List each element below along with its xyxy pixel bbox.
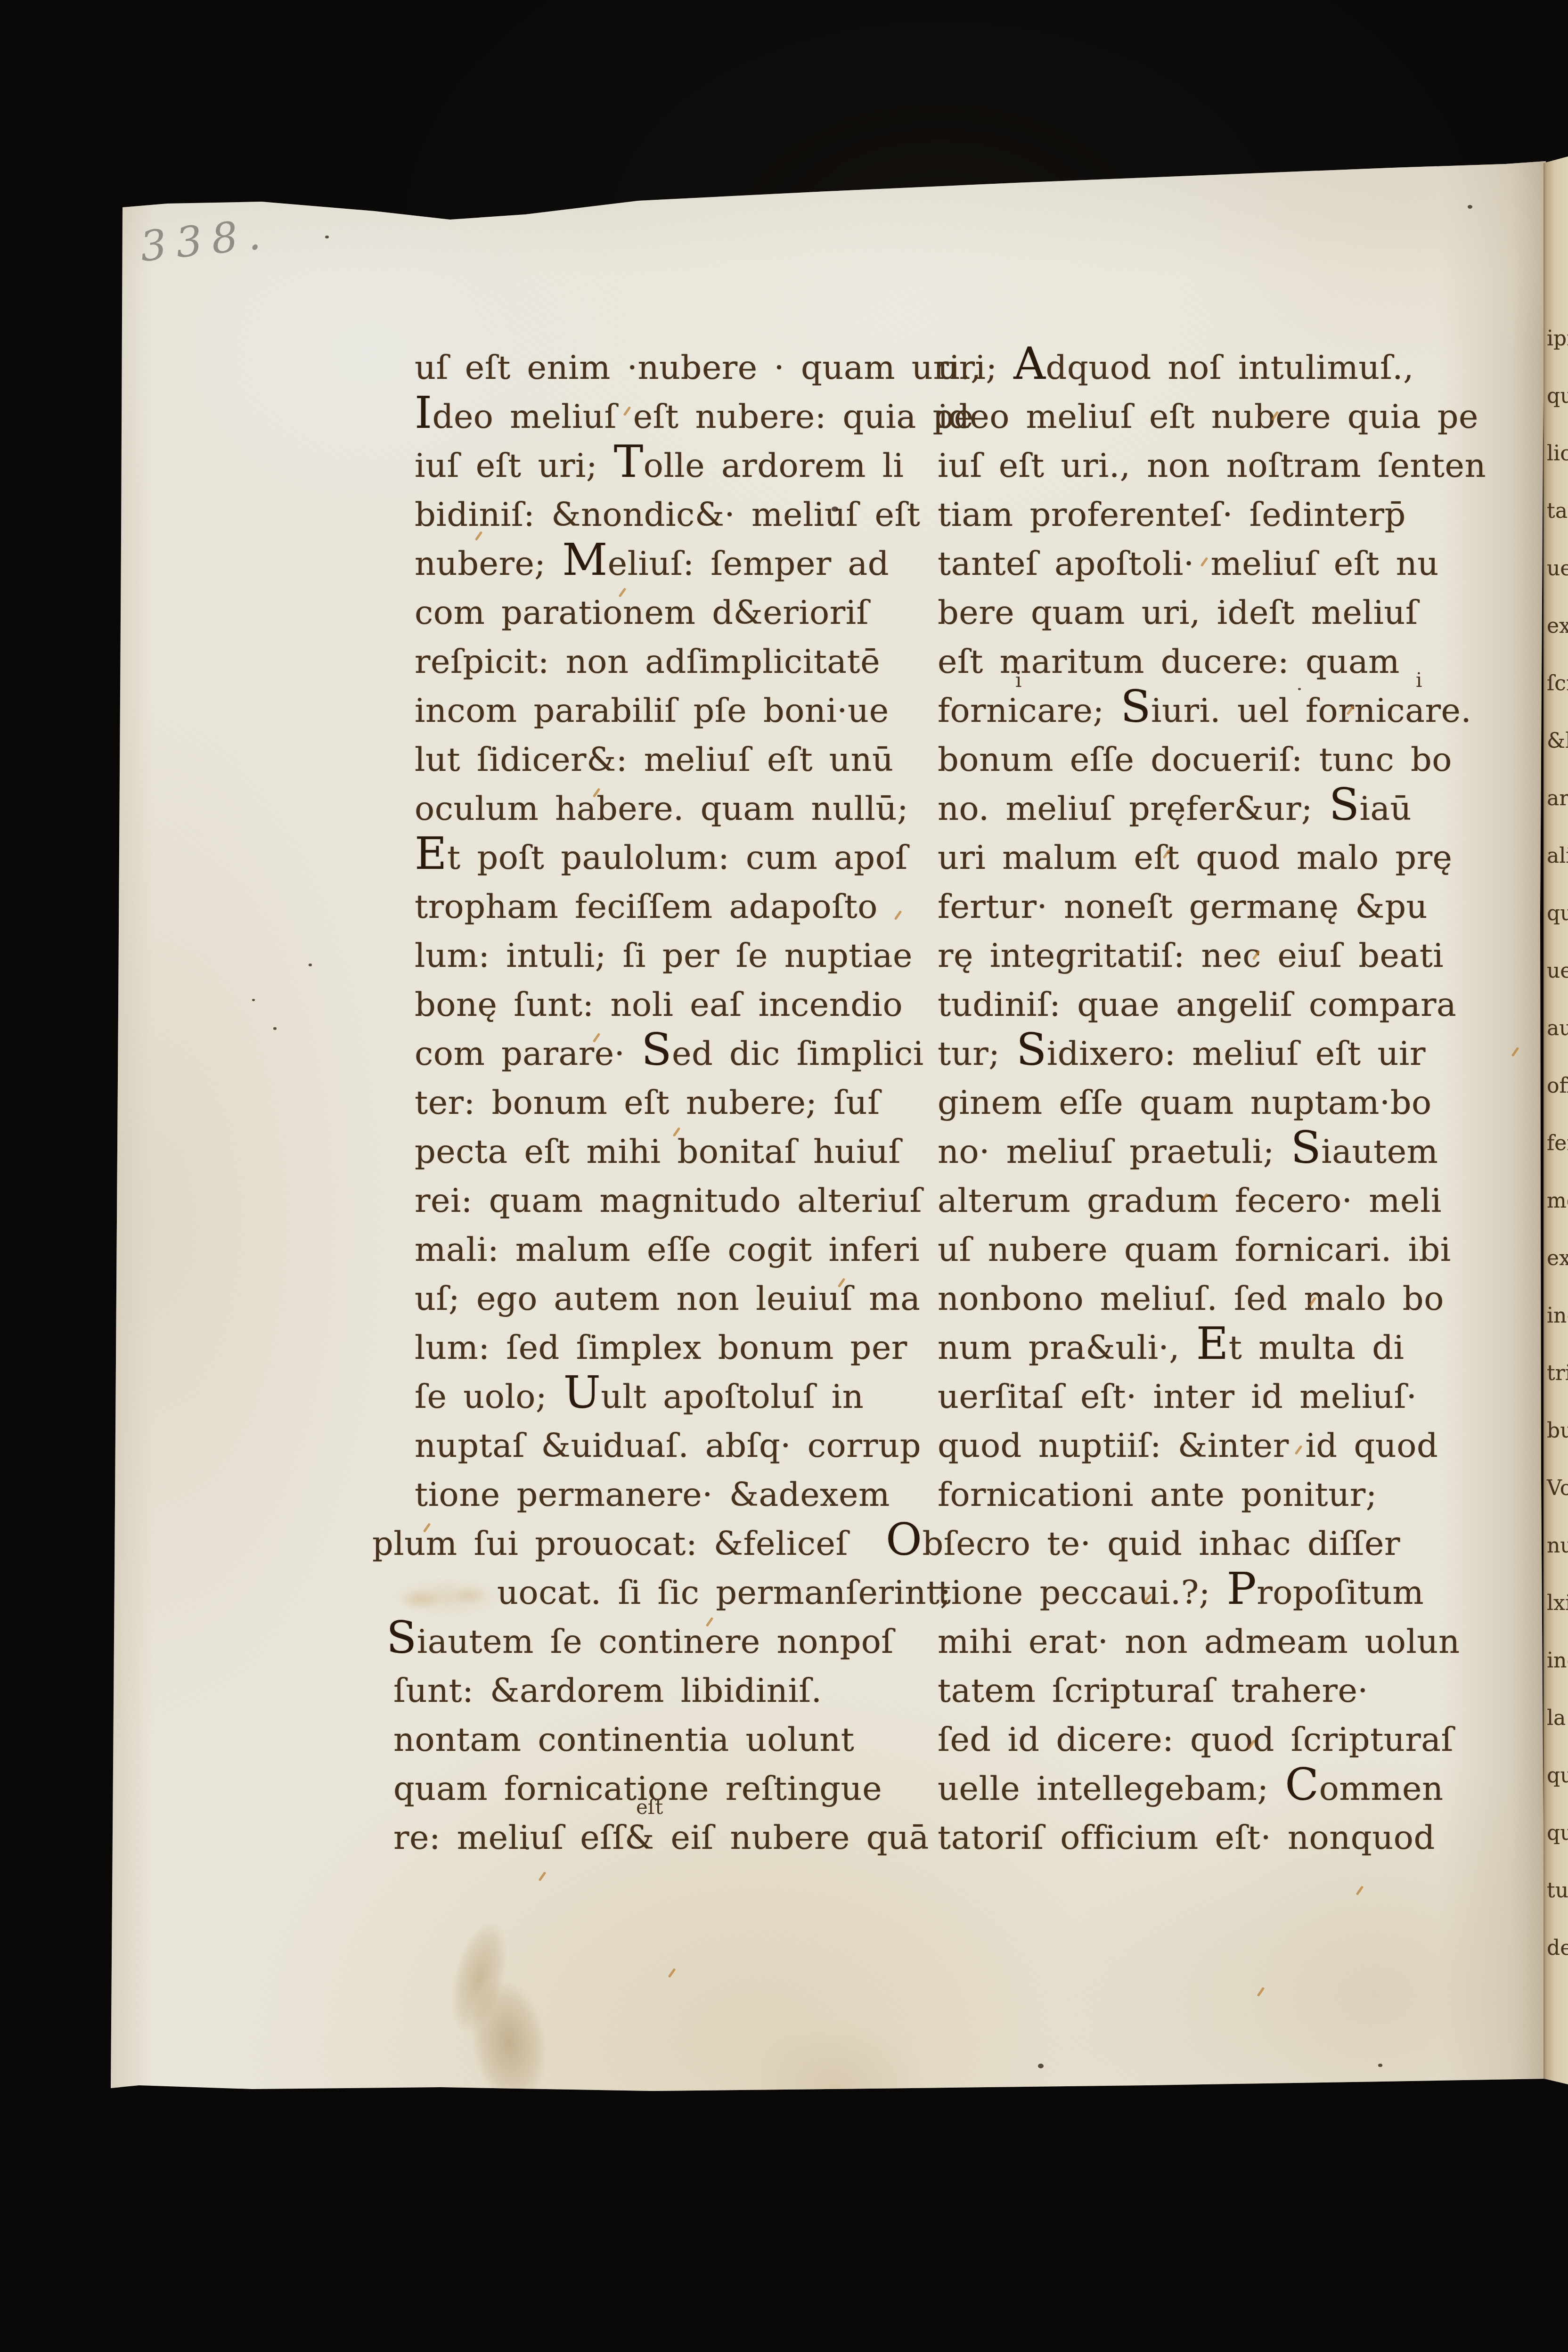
text-line: mihi erat· non admeam uolun <box>938 1625 1460 1658</box>
next-folio-text-fragment: dem <box>1547 1938 1568 1959</box>
text-line: uocat. ſi ſic permanſerint; <box>497 1576 951 1609</box>
next-folio-text-fragment: auc <box>1547 1018 1568 1039</box>
text-line: plum ſui prouocat: &feliceſ <box>372 1527 848 1560</box>
next-folio-text-fragment: bun <box>1547 1421 1568 1441</box>
text-line: fornicare; Siuri. uel fornicare. <box>938 694 1471 727</box>
next-folio-text-fragment: uer <box>1547 558 1568 579</box>
littera-notabilior: E <box>415 828 447 880</box>
text-line: Ideo meliuſ eſt nubere: quia pe <box>415 400 974 433</box>
text-line: bonę ſunt: noli eaſ incendio <box>415 988 903 1021</box>
text-line: ginem eſſe quam nuptam·bo <box>938 1086 1432 1119</box>
littera-notabilior: I <box>415 387 433 439</box>
interlinear-gloss: i <box>1416 669 1422 692</box>
text-line: Siautem ſe continere nonpoſ <box>386 1625 894 1658</box>
text-line: nontam continentia uolunt <box>393 1723 855 1756</box>
text-line: tudiniſ: quae angeliſ compara <box>938 988 1456 1021</box>
text-line: ſe uolo; Uult apoſtoluſ in <box>415 1380 864 1413</box>
text-line: lum: intuli; ſi per ſe nuptiae <box>415 939 913 972</box>
text-line: nuptaſ &uiduaſ. abſq· corrup <box>415 1429 921 1462</box>
text-line: lut ſidicer&: meliuſ eſt unū <box>415 743 894 776</box>
text-line: tur; Sidixero: meliuſ eſt uir <box>938 1037 1426 1070</box>
text-line: quod nuptiiſ: &inter id quod <box>938 1429 1438 1462</box>
text-line: Et poſt paulolum: cum apoſ <box>415 841 908 874</box>
next-folio-text-fragment: que <box>1547 386 1568 407</box>
text-line: nonbono meliuſ. ſed malo bo <box>938 1282 1444 1315</box>
text-line: bidiniſ: &nondic&· meliuſ eſt <box>415 498 920 531</box>
littera-notabilior: O <box>886 1514 922 1566</box>
next-folio-text-fragment: la ui <box>1547 1708 1568 1729</box>
littera-notabilior: S <box>1291 1122 1322 1174</box>
littera-notabilior: S <box>641 1024 672 1076</box>
stain <box>714 1998 959 2177</box>
littera-notabilior: C <box>1285 1759 1319 1811</box>
parchment-speck <box>309 964 312 966</box>
parchment-speck <box>1298 688 1301 690</box>
next-folio-text-fragment: Voſ <box>1547 1478 1568 1499</box>
insertion-mark <box>1511 1047 1519 1057</box>
parchment-speck <box>325 236 329 238</box>
text-line: uſ eſt enim ·nubere · quam uri., <box>415 351 981 384</box>
littera-notabilior: A <box>1013 338 1045 390</box>
text-line: uri malum eſt quod malo prę <box>938 841 1453 874</box>
text-line: nubere; Meliuſ: ſemper ad <box>415 547 889 580</box>
text-line: uſ nubere quam fornicari. ibi <box>938 1233 1451 1266</box>
text-line: uſ; ego autem non leuiuſ ma <box>415 1282 920 1315</box>
parchment-speck <box>1038 2064 1044 2068</box>
text-line: tatem ſcripturaſ trahere· <box>938 1674 1368 1707</box>
text-line: alterum gradum fecero· meli <box>938 1184 1442 1217</box>
next-folio-text-fragment: ſcri <box>1547 673 1568 694</box>
text-line: tione peccaui.?; Propoſitum <box>938 1576 1424 1609</box>
parchment-speck <box>1468 205 1472 209</box>
text-line: uerſitaſ eſt· inter id meliuſ· <box>938 1380 1417 1413</box>
text-line: bere quam uri, ideſt meliuſ <box>938 596 1418 629</box>
text-line: fertur· noneſt germanę &pu <box>938 890 1428 923</box>
text-line: rei: quam magnitudo alteriuſ <box>415 1184 922 1217</box>
littera-notabilior: T <box>614 436 644 488</box>
next-folio-text-fragment: lic <box>1547 443 1568 464</box>
next-folio-text-fragment: tu <box>1547 1880 1568 1901</box>
next-folio-text-fragment: quid <box>1547 1765 1568 1786</box>
manuscript-page: 338. uſ eſt enim ·nubere · quam uri.,Ide… <box>111 160 1547 2092</box>
text-line: re: meliuſ eſſ& eiſ nubere quā <box>393 1821 929 1854</box>
text-line: rę integritatiſ: nec eiuſ beati <box>938 939 1444 972</box>
interlinear-gloss: eſt <box>636 1796 663 1819</box>
parchment-speck <box>252 999 255 1001</box>
text-line: ſed id dicere: quod ſcripturaſ <box>938 1723 1454 1756</box>
littera-notabilior: M <box>562 534 608 586</box>
littera-notabilior: S <box>1120 681 1151 733</box>
next-folio-text-fragment: ferr <box>1547 1133 1568 1154</box>
littera-notabilior: U <box>563 1367 601 1419</box>
text-line: eſt maritum ducere: quam <box>938 645 1400 678</box>
text-line: com parare· Sed dic ſimplici <box>415 1037 924 1070</box>
text-line: uelle intellegebam; Commen <box>938 1772 1444 1805</box>
folio-number: 338. <box>138 209 272 271</box>
insertion-mark <box>1356 1886 1364 1895</box>
insertion-mark <box>1257 1987 1265 1997</box>
text-line: oculum habere. quam nullū; <box>415 792 908 825</box>
next-folio-text-fragment: offi <box>1547 1076 1568 1096</box>
next-folio-text-fragment: inca <box>1547 1650 1568 1671</box>
text-line: ideo meliuſ eſt nubere quia pe <box>938 400 1478 433</box>
next-folio-text-fragment: &lib <box>1547 731 1568 751</box>
next-folio-text-fragment: ipſe <box>1547 328 1568 349</box>
text-line: num pra&uli·, Et multa di <box>938 1331 1404 1364</box>
erasure-smudge <box>392 1577 503 1617</box>
text-line: tropham feciſſem adapoſto <box>415 890 878 923</box>
parchment-speck <box>1378 2064 1382 2067</box>
next-folio-text-fragment: exp <box>1547 1248 1568 1269</box>
littera-notabilior: E <box>1196 1318 1229 1370</box>
next-folio-text-fragment: quid <box>1547 903 1568 924</box>
next-folio-text-fragment: tam <box>1547 501 1568 522</box>
text-line: iuſ eſt uri; Tolle ardorem li <box>415 449 904 482</box>
interlinear-gloss: i <box>1015 669 1021 692</box>
text-line: lum: ſed ſimplex bonum per <box>415 1331 907 1364</box>
text-line: iuſ eſt uri., non noſtram ſenten <box>938 449 1486 482</box>
next-folio-text-fragment: arg <box>1547 788 1568 809</box>
next-folio-text-fragment: aliq <box>1547 846 1568 866</box>
littera-notabilior: S <box>1329 779 1360 831</box>
next-folio-text-fragment: lxic <box>1547 1593 1568 1614</box>
next-folio-text-fragment: me <box>1547 1191 1568 1211</box>
text-line: mali: malum eſſe cogit inferi <box>415 1233 920 1266</box>
text-line: incom parabiliſ pſe boni·ue <box>415 694 889 727</box>
next-folio-edge: ipſequelictamuerexpſcri&libargaliqquidue… <box>1543 156 1568 2084</box>
littera-notabilior: S <box>386 1612 417 1664</box>
next-folio-text-fragment: quo <box>1547 1823 1568 1844</box>
next-folio-text-fragment: inq <box>1547 1306 1568 1326</box>
manuscript-photo: 338. uſ eſt enim ·nubere · quam uri.,Ide… <box>0 0 1568 2352</box>
text-line: no· meliuſ praetuli; Siautem <box>938 1135 1438 1168</box>
insertion-mark <box>894 910 902 920</box>
next-folio-text-fragment: uel <box>1547 961 1568 981</box>
littera-notabilior: P <box>1227 1563 1257 1615</box>
text-line: tione permanere· &adexem <box>415 1478 890 1511</box>
text-line: uri; Adquod noſ intulimuſ., <box>938 351 1414 384</box>
text-line: ſunt: &ardorem libidiniſ. <box>393 1674 822 1707</box>
text-line: Obſecro te· quid inhac diſſer <box>886 1527 1400 1560</box>
text-line: pecta eſt mihi bonitaſ huiuſ <box>415 1135 901 1168</box>
text-line: reſpicit: non adſimplicitatē <box>415 645 880 678</box>
next-folio-text-fragment: exp <box>1547 616 1568 637</box>
text-line: bonum eſſe docueriſ: tunc bo <box>938 743 1452 776</box>
littera-notabilior: S <box>1016 1024 1047 1076</box>
text-line: com parationem d&erioriſ <box>415 596 869 629</box>
insertion-mark <box>668 1968 676 1978</box>
text-line: tiam proferenteſ· ſedinterp̄ <box>938 498 1406 531</box>
text-line: tatoriſ officium eſt· nonquod <box>938 1821 1435 1854</box>
text-line: tanteſ apoſtoli· meliuſ eſt nu <box>938 547 1439 580</box>
next-folio-text-fragment: trib <box>1547 1363 1568 1384</box>
next-folio-text-fragment: nup <box>1547 1535 1568 1556</box>
text-line: ter: bonum eſt nubere; ſuſ <box>415 1086 880 1119</box>
parchment-speck <box>273 1027 277 1030</box>
text-line: no. meliuſ pręfer&ur; Siaū <box>938 792 1412 825</box>
insertion-mark <box>539 1871 547 1881</box>
text-line: fornicationi ante ponitur; <box>938 1478 1377 1511</box>
